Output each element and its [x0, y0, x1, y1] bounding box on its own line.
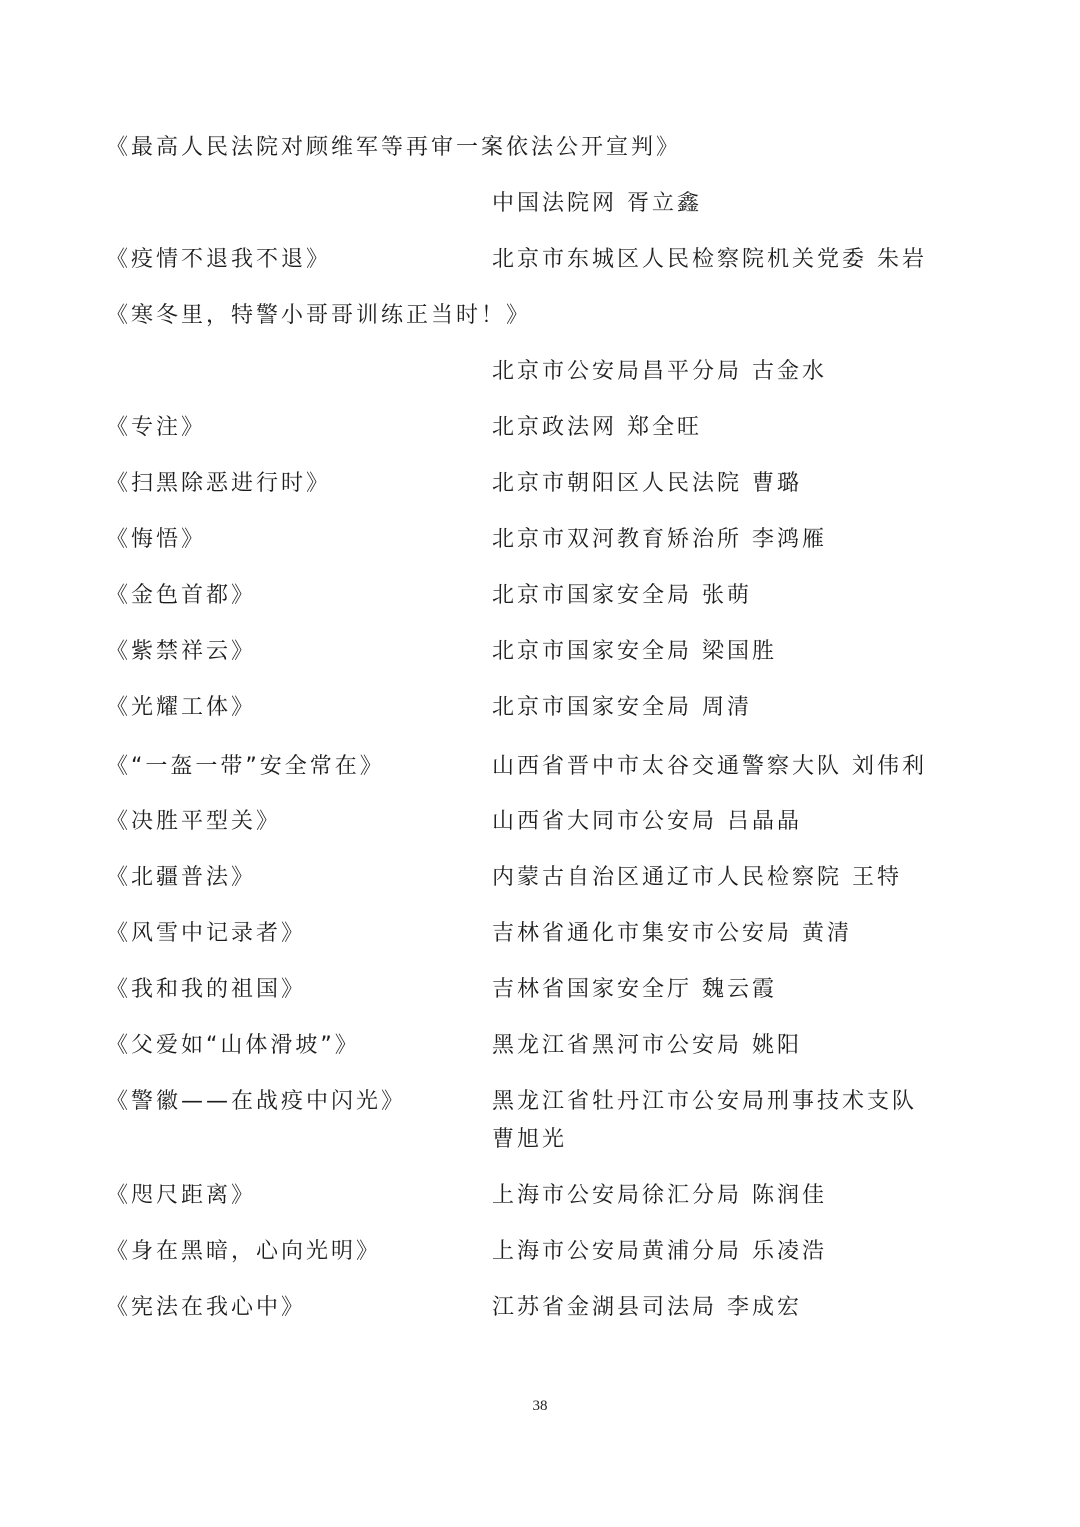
- entry-title: 《寒冬里，特警小哥哥训练正当时！》: [106, 302, 531, 330]
- entry-author: 北京市双河教育矫治所 李鸿雁: [492, 526, 827, 554]
- entry-author: 江苏省金湖县司法局 李成宏: [492, 1294, 802, 1322]
- entry-author: 北京政法网 郑全旺: [492, 414, 702, 442]
- entry-title: 《决胜平型关》: [106, 808, 281, 836]
- entry-author: 吉林省通化市集安市公安局 黄清: [492, 920, 852, 948]
- page-number: 38: [0, 1398, 1080, 1415]
- entry-author-continued: 曹旭光: [492, 1126, 567, 1154]
- entry-title: 《疫情不退我不退》: [106, 246, 331, 274]
- entry-author: 黑龙江省牡丹江市公安局刑事技术支队: [492, 1088, 917, 1116]
- document-page: 《最高人民法院对顾维军等再审一案依法公开宣判》 中国法院网 胥立鑫 《疫情不退我…: [0, 0, 1080, 1527]
- entry-author: 吉林省国家安全厅 魏云霞: [492, 976, 777, 1004]
- entry-author: 上海市公安局黄浦分局 乐凌浩: [492, 1238, 827, 1266]
- entry-author: 北京市国家安全局 张萌: [492, 582, 752, 610]
- entry-title: 《身在黑暗，心向光明》: [106, 1238, 381, 1266]
- entry-author: 北京市东城区人民检察院机关党委 朱岩: [492, 246, 927, 274]
- entry-title: 《北疆普法》: [106, 864, 256, 892]
- entry-author: 山西省大同市公安局 吕晶晶: [492, 808, 802, 836]
- entry-author: 黑龙江省黑河市公安局 姚阳: [492, 1032, 802, 1060]
- entry-author: 北京市国家安全局 梁国胜: [492, 638, 777, 666]
- entry-title: 《“一盔一带”安全常在》: [106, 753, 385, 781]
- entry-title: 《最高人民法院对顾维军等再审一案依法公开宣判》: [106, 134, 681, 162]
- entry-author: 北京市公安局昌平分局 古金水: [492, 358, 827, 386]
- entry-title: 《紫禁祥云》: [106, 638, 256, 666]
- entry-title: 《光耀工体》: [106, 694, 256, 722]
- entry-author: 北京市朝阳区人民法院 曹璐: [492, 470, 802, 498]
- entry-title: 《扫黑除恶进行时》: [106, 470, 331, 498]
- entry-title: 《咫尺距离》: [106, 1182, 256, 1210]
- entry-title: 《父爱如“山体滑坡”》: [106, 1032, 360, 1060]
- entry-title: 《警徽——在战疫中闪光》: [106, 1088, 406, 1116]
- entry-author: 北京市国家安全局 周清: [492, 694, 752, 722]
- entry-author: 内蒙古自治区通辽市人民检察院 王特: [492, 864, 902, 892]
- entry-title: 《风雪中记录者》: [106, 920, 306, 948]
- entry-title: 《悔悟》: [106, 526, 206, 554]
- entry-author: 山西省晋中市太谷交通警察大队 刘伟利: [492, 753, 927, 781]
- entry-author: 上海市公安局徐汇分局 陈润佳: [492, 1182, 827, 1210]
- entry-title: 《我和我的祖国》: [106, 976, 306, 1004]
- entry-title: 《金色首都》: [106, 582, 256, 610]
- entry-title: 《专注》: [106, 414, 206, 442]
- entry-title: 《宪法在我心中》: [106, 1294, 306, 1322]
- entry-author: 中国法院网 胥立鑫: [492, 190, 702, 218]
